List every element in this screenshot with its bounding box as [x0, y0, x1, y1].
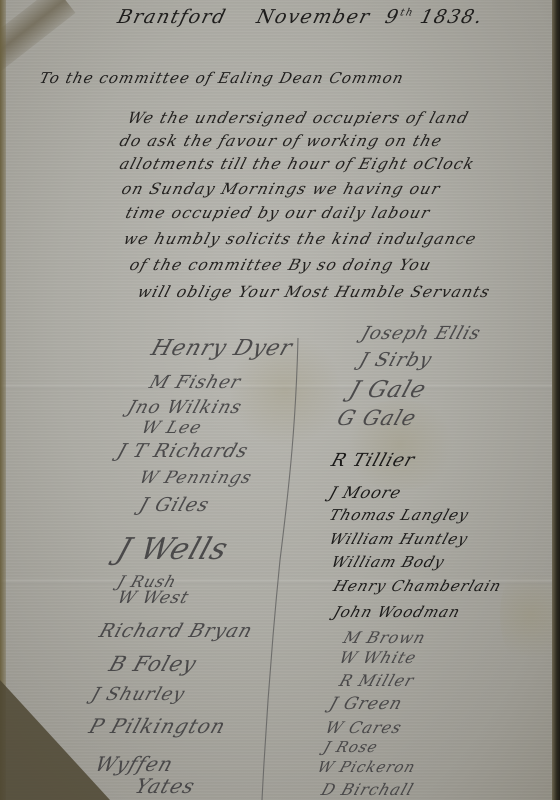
signature: J Wells: [112, 532, 233, 567]
petition-document: Brantford November 9th 1838. To the comm…: [0, 0, 560, 800]
signature: Wyffen: [92, 752, 177, 776]
signature: J Rose: [321, 738, 381, 756]
signature: W Pickeron: [315, 758, 418, 776]
signature: J Moore: [327, 483, 404, 502]
signature: Henry Dyer: [148, 336, 296, 361]
signature: W Pennings: [137, 468, 255, 488]
signature: W Lee: [139, 418, 205, 438]
signature: Jno Wilkins: [125, 397, 245, 418]
signature: J Gale: [346, 377, 430, 403]
signature: J T Richards: [114, 440, 251, 462]
signature: J Giles: [136, 494, 212, 516]
signature: W White: [337, 648, 419, 667]
signature: D Birchall: [319, 780, 417, 799]
signature: M Brown: [341, 628, 429, 647]
signature: P Pilkington: [86, 714, 229, 738]
signature: W West: [115, 588, 192, 608]
signature: R Tillier: [329, 450, 418, 471]
signature: William Huntley: [327, 530, 471, 548]
signature: John Woodman: [331, 603, 463, 621]
signature: M Fisher: [147, 372, 244, 393]
signature: William Body: [329, 553, 447, 571]
signature: J Green: [327, 694, 405, 714]
signature: Thomas Langley: [327, 506, 472, 524]
signature: B Foley: [106, 652, 200, 676]
signature: R Miller: [337, 671, 417, 690]
signature: J Sirby: [356, 349, 435, 371]
signature: Yates: [132, 774, 199, 798]
signature: Henry Chamberlain: [331, 577, 504, 595]
signature: G Gale: [334, 406, 420, 430]
signature: J Shurley: [89, 684, 188, 705]
column-divider-line: [0, 0, 560, 800]
signature: W Cares: [323, 718, 405, 737]
signature: Richard Bryan: [96, 620, 255, 642]
signature: Joseph Ellis: [359, 323, 484, 344]
